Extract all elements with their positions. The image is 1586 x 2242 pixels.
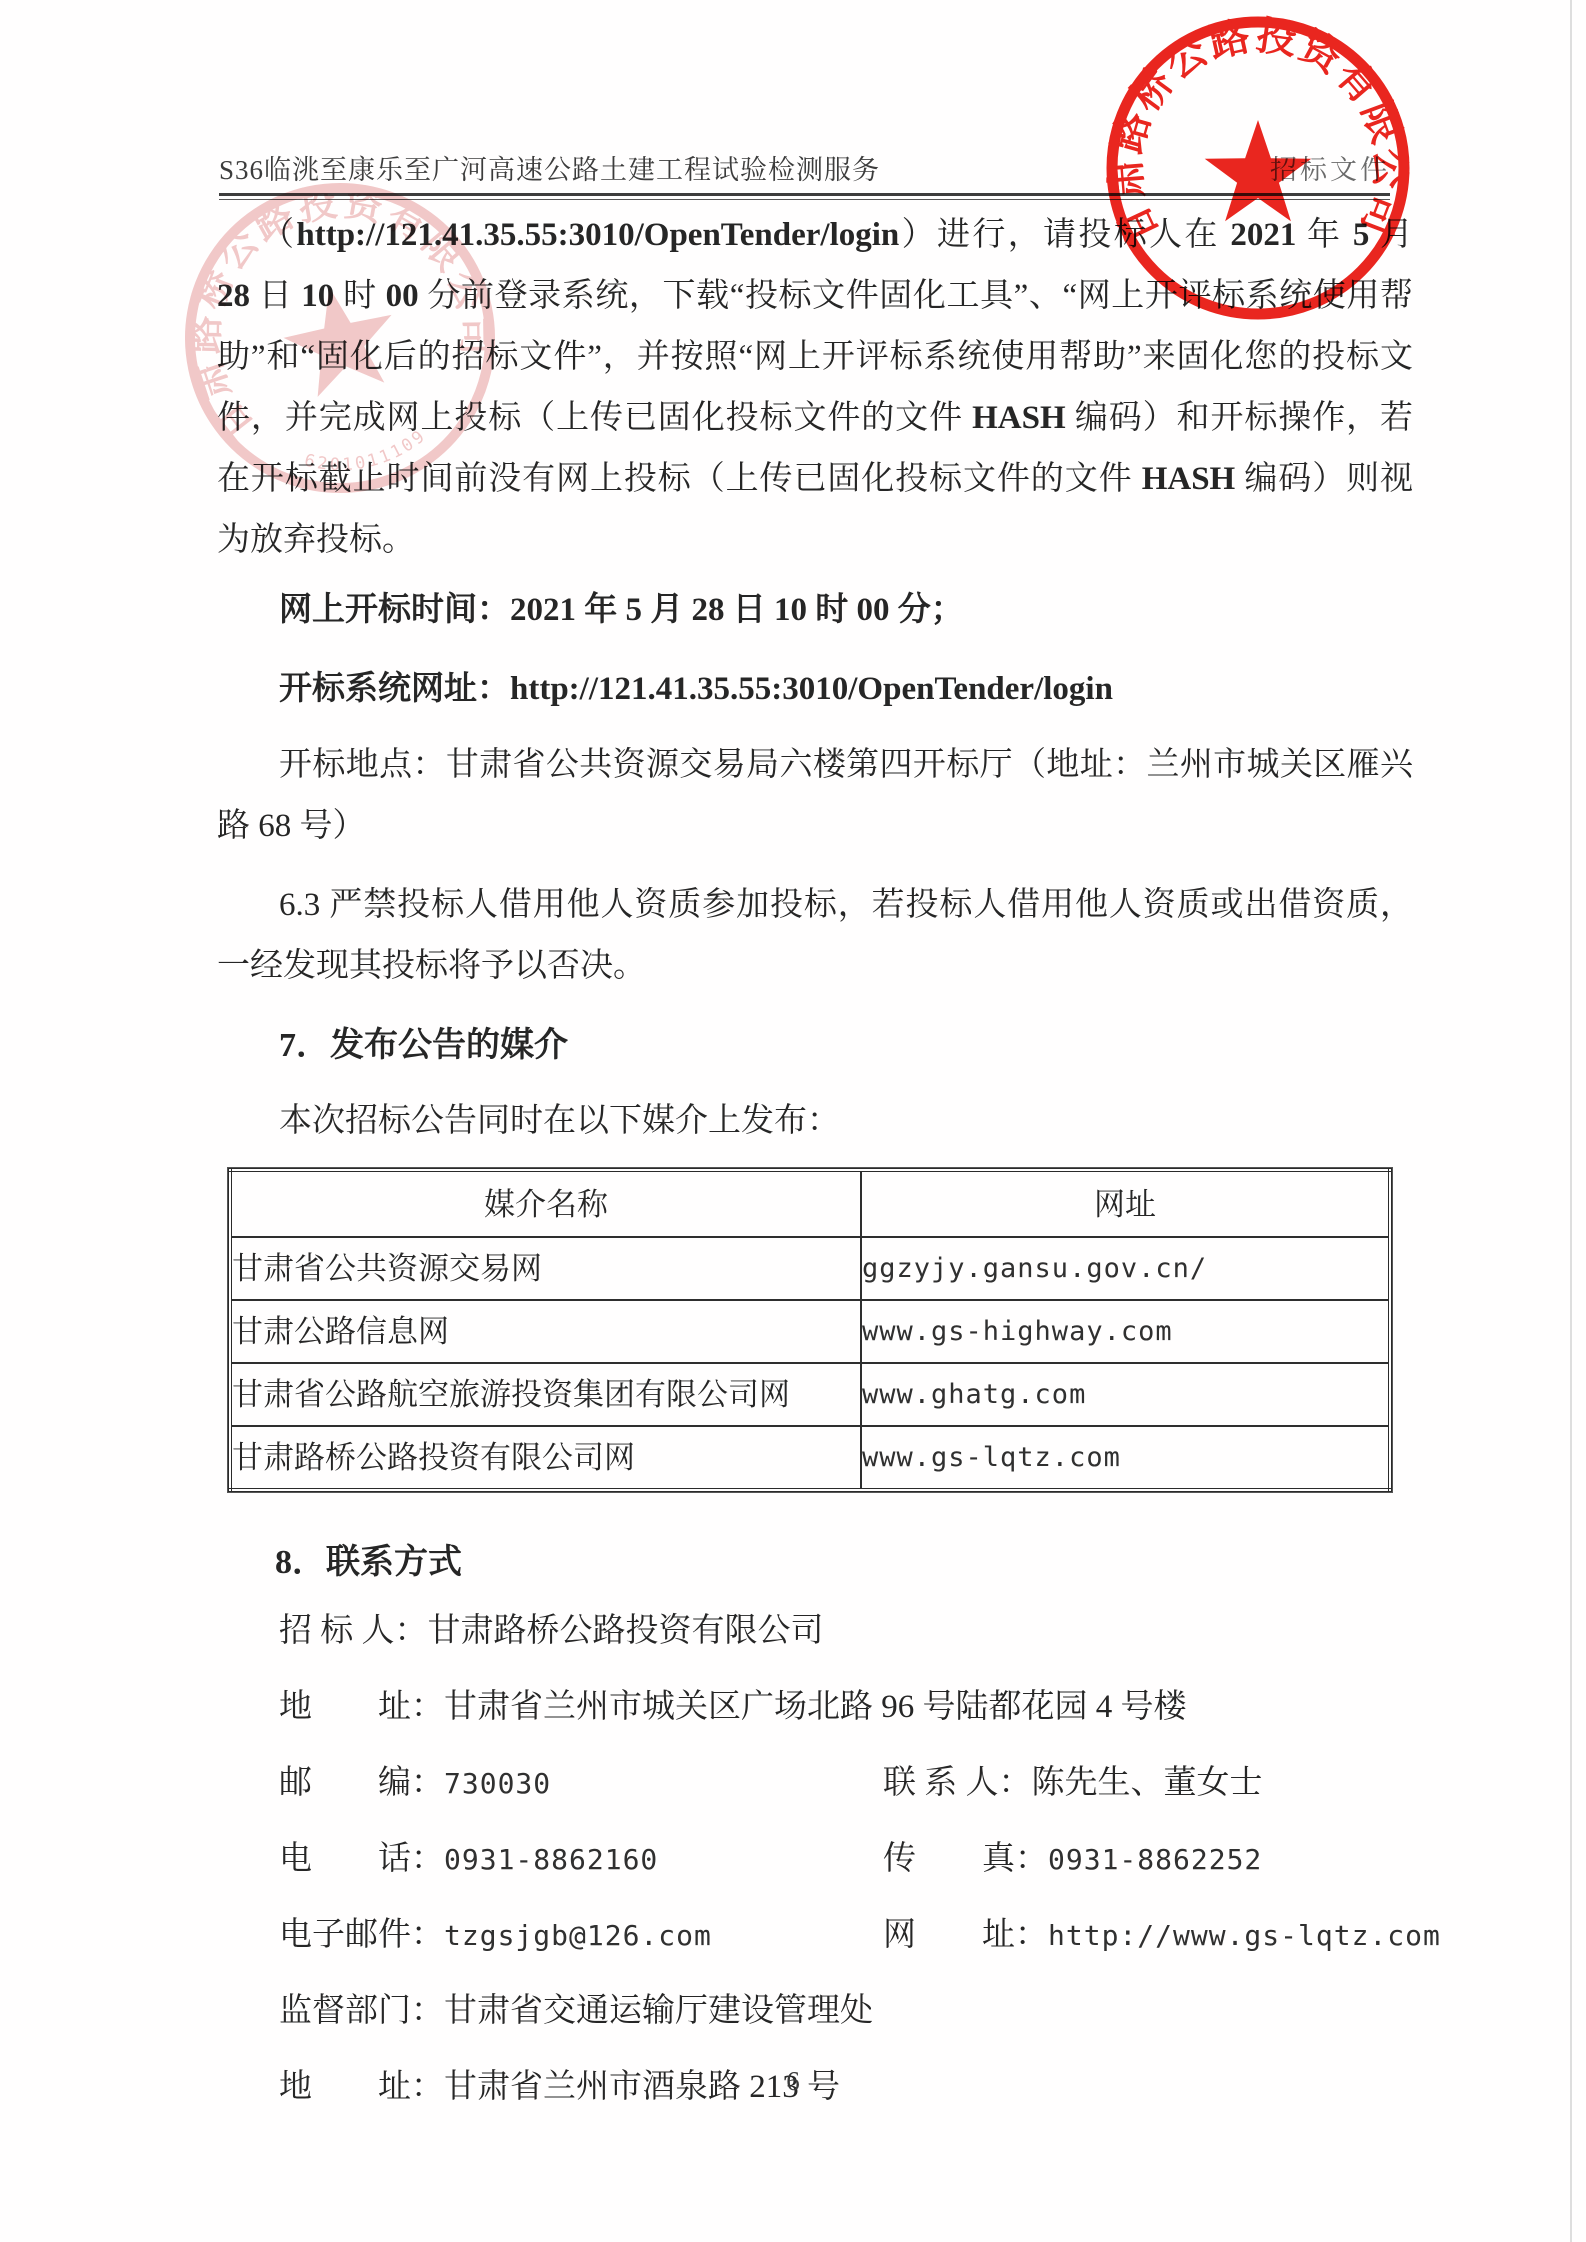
paragraph-open-time: 网上开标时间：2021 年 5 月 28 日 10 时 00 分； [217, 580, 1413, 641]
header-double-rule [219, 193, 1390, 200]
paragraph-open-place: 开标地点：甘肃省公共资源交易局六楼第四开标厅（地址：兰州市城关区雁兴路 68 号… [217, 735, 1413, 857]
document-body: （http://121.41.35.55:3010/OpenTender/log… [217, 205, 1413, 2125]
paragraph-open-system-url: 开标系统网址：http://121.41.35.55:3010/OpenTend… [217, 659, 1413, 720]
page-footer: 6 [0, 2066, 1586, 2097]
header-project-title: S36临洮至康乐至广河高速公路土建工程试验检测服务 [219, 148, 880, 187]
contact-label: 网 址： [883, 1917, 1048, 1953]
contact-label-value: 电子邮件：tzgsjgb@126.com [279, 1915, 883, 1956]
media-url-cell: www.ghatg.com [861, 1363, 1390, 1426]
paragraph-clause-6-3: 6.3 严禁投标人借用他人资质参加投标，若投标人借用他人资质或出借资质，一经发现… [217, 875, 1413, 997]
section-heading-contact: 8．联系方式 [217, 1532, 1413, 1593]
media-name-cell: 甘肃路桥公路投资有限公司网 [230, 1426, 861, 1490]
contact-label-value: 邮 编：730030 [279, 1763, 883, 1804]
contact-label-value: 地 址：甘肃省兰州市城关区广场北路 96 号陆都花园 4 号楼 [279, 1687, 1187, 1727]
table-row: 甘肃公路信息网 www.gs-highway.com [230, 1300, 1390, 1363]
contact-row-address: 地 址：甘肃省兰州市城关区广场北路 96 号陆都花园 4 号楼 [217, 1669, 1413, 1745]
contact-label: 地 址： [279, 1689, 444, 1725]
media-name-cell: 甘肃公路信息网 [230, 1300, 861, 1363]
contact-label-value: 联 系 人：陈先生、董女士 [883, 1763, 1413, 1803]
contact-value: http://www.gs-lqtz.com [1048, 1919, 1441, 1952]
page-header: S36临洮至康乐至广河高速公路土建工程试验检测服务 招标文件 [219, 148, 1390, 200]
media-table-header-url: 网址 [861, 1170, 1390, 1237]
contact-label: 传 真： [883, 1841, 1048, 1877]
contact-value: 甘肃省兰州市城关区广场北路 96 号陆都花园 4 号楼 [444, 1689, 1187, 1725]
media-url-cell: www.gs-lqtz.com [861, 1426, 1390, 1490]
contact-value: 730030 [444, 1767, 551, 1800]
contact-row-postcode-contacts: 邮 编：730030 联 系 人：陈先生、董女士 [217, 1745, 1413, 1821]
contact-row-phone-fax: 电 话：0931-8862160 传 真：0931-8862252 [217, 1821, 1413, 1897]
contact-label-value: 网 址：http://www.gs-lqtz.com [883, 1915, 1441, 1956]
media-table-header-row: 媒介名称 网址 [230, 1170, 1390, 1237]
contact-row-email-website: 电子邮件：tzgsjgb@126.com 网 址：http://www.gs-l… [217, 1897, 1413, 1973]
table-row: 甘肃省公路航空旅游投资集团有限公司网 www.ghatg.com [230, 1363, 1390, 1426]
contact-value: 甘肃省交通运输厅建设管理处 [444, 1993, 873, 2029]
page-number: 6 [786, 2066, 800, 2096]
contact-section: 8．联系方式 招 标 人：甘肃路桥公路投资有限公司 地 址：甘肃省兰州市城关区广… [217, 1532, 1413, 2125]
table-row: 甘肃省公共资源交易网 ggzyjy.gansu.gov.cn/ [230, 1237, 1390, 1300]
document-page: S36临洮至康乐至广河高速公路土建工程试验检测服务 招标文件 （http://1… [0, 0, 1586, 2242]
contact-label: 邮 编： [279, 1765, 444, 1801]
contact-label: 电 话： [279, 1841, 444, 1877]
contact-value: 陈先生、董女士 [1032, 1765, 1263, 1801]
contact-label: 电子邮件： [279, 1917, 444, 1953]
contact-row-tenderer: 招 标 人：甘肃路桥公路投资有限公司 [217, 1593, 1413, 1669]
contact-label-value: 传 真：0931-8862252 [883, 1839, 1413, 1880]
contact-value: tzgsjgb@126.com [444, 1919, 712, 1952]
contact-value: 0931-8862252 [1048, 1843, 1262, 1876]
media-name-cell: 甘肃省公路航空旅游投资集团有限公司网 [230, 1363, 861, 1426]
media-table-header-name: 媒介名称 [230, 1170, 861, 1237]
header-doc-type: 招标文件 [1270, 148, 1390, 187]
table-row: 甘肃路桥公路投资有限公司网 www.gs-lqtz.com [230, 1426, 1390, 1490]
section-heading-media: 7．发布公告的媒介 [217, 1015, 1413, 1076]
media-name-cell: 甘肃省公共资源交易网 [230, 1237, 861, 1300]
scan-edge-artifact [1570, 0, 1572, 2242]
contact-label: 监督部门： [279, 1993, 444, 2029]
contact-value: 0931-8862160 [444, 1843, 658, 1876]
contact-label: 招 标 人： [279, 1613, 428, 1649]
contact-label-value: 电 话：0931-8862160 [279, 1839, 883, 1880]
contact-value: 甘肃路桥公路投资有限公司 [428, 1613, 824, 1649]
contact-label-value: 招 标 人：甘肃路桥公路投资有限公司 [279, 1611, 883, 1651]
contact-row-supervisor: 监督部门：甘肃省交通运输厅建设管理处 [217, 1973, 1413, 2049]
media-url-cell: www.gs-highway.com [861, 1300, 1390, 1363]
contact-label: 联 系 人： [883, 1765, 1032, 1801]
media-url-cell: ggzyjy.gansu.gov.cn/ [861, 1237, 1390, 1300]
media-table: 媒介名称 网址 甘肃省公共资源交易网 ggzyjy.gansu.gov.cn/ … [228, 1168, 1392, 1492]
contact-label-value: 监督部门：甘肃省交通运输厅建设管理处 [279, 1991, 873, 2031]
paragraph-online-bidding: （http://121.41.35.55:3010/OpenTender/log… [217, 205, 1413, 571]
paragraph-media-intro: 本次招标公告同时在以下媒介上发布： [217, 1091, 1413, 1152]
